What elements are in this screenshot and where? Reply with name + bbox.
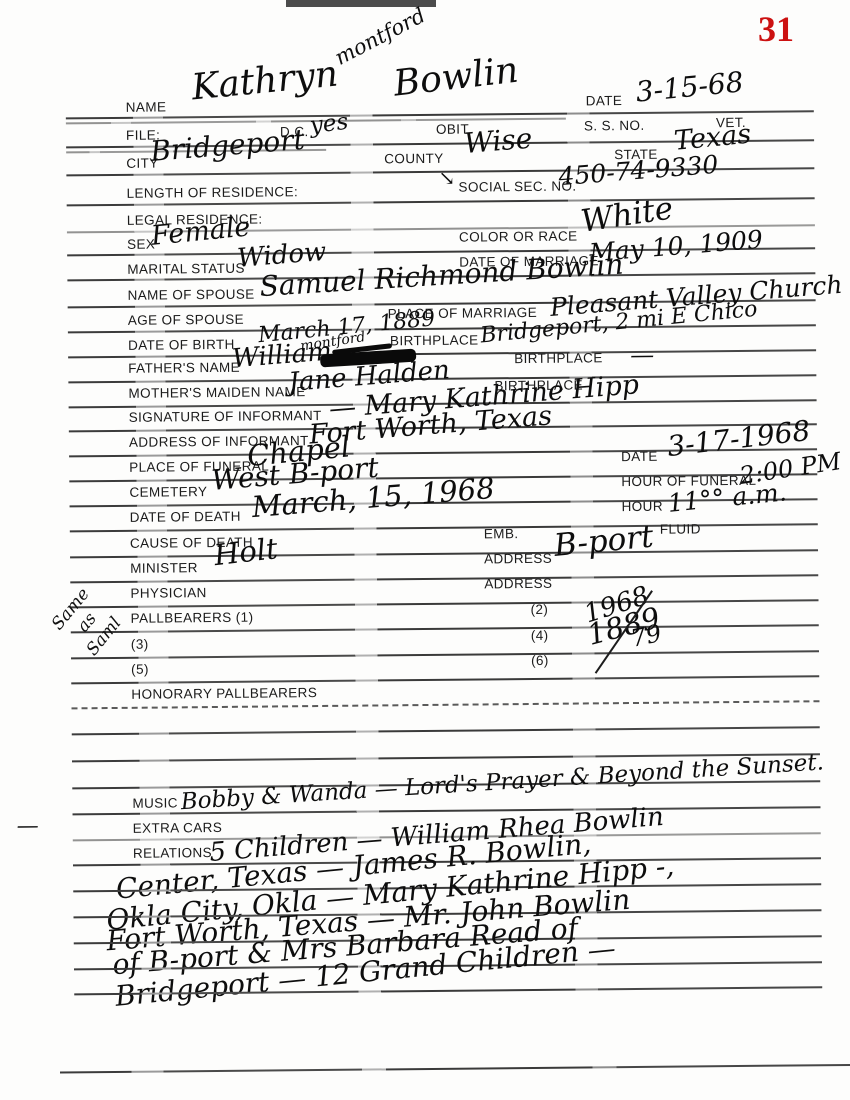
city-value: Bridgeport [149, 126, 305, 166]
honorary-pallbearers-label: HONORARY PALLBEARERS [131, 685, 317, 702]
form-body: NAME Kathryn montford Bowlin DATE 3-15-6… [0, 0, 850, 1100]
rule-line [71, 624, 819, 633]
music-margin-mark: — [17, 816, 39, 838]
arrow-mark: ↘ [438, 168, 455, 188]
scanned-funeral-record: 31 NAME Kathryn montford Bowlin DATE 3-1… [0, 0, 850, 1100]
rule-line [72, 726, 820, 735]
relations-label: RELATIONS [133, 845, 212, 861]
pallbearers-1-label: PALLBEARERS (1) [131, 610, 254, 626]
mothers-maiden-name-label: MOTHER'S MAIDEN NAME [128, 384, 305, 401]
emb-label: EMB. [484, 526, 519, 541]
rule-line [71, 700, 819, 709]
rule-line [71, 675, 819, 684]
minister-value: Holt [213, 534, 280, 570]
rule-line [71, 599, 819, 608]
county-value: Wise [463, 125, 533, 158]
hour-of-death-label: HOUR [622, 499, 664, 514]
county-label: COUNTY [384, 151, 444, 167]
extra-cars-label: EXTRA CARS [133, 820, 223, 836]
funeral-date-label: DATE [621, 449, 658, 464]
sheet-bottom-line [60, 1064, 850, 1074]
pallbearers-4-label: (4) [531, 628, 549, 643]
marital-status-label: MARITAL STATUS [127, 261, 245, 277]
dc-value: yes [309, 111, 350, 138]
physician-address-label: ADDRESS [484, 576, 552, 592]
pallbearers-3-label: (3) [131, 637, 149, 652]
rule-line [70, 574, 818, 583]
name-first-value: Kathryn [190, 57, 340, 107]
date-label: DATE [586, 93, 623, 108]
pallbearers-5-label: (5) [131, 662, 149, 677]
rule-line [70, 523, 818, 532]
physician-label: PHYSICIAN [130, 585, 207, 601]
fathers-name-label: FATHER'S NAME [128, 360, 240, 376]
color-or-race-label: COLOR OR RACE [459, 229, 578, 245]
name-last-value: Bowlin [392, 53, 520, 103]
date-of-death-label: DATE OF DEATH [130, 509, 241, 525]
pallbearers-6-label: (6) [531, 653, 549, 668]
date-value: 3-15-68 [634, 68, 744, 106]
name-of-spouse-label: NAME OF SPOUSE [127, 287, 254, 303]
rule-line [71, 650, 819, 659]
birthplace-label: BIRTHPLACE [514, 350, 603, 366]
pallbearers-2-label: (2) [531, 602, 549, 617]
minister-label: MINISTER [130, 560, 198, 576]
minister-address-value: B-port [553, 522, 655, 562]
date-of-birth-label: DATE OF BIRTH [128, 337, 235, 353]
fluid-label: FLUID [660, 521, 701, 536]
name-insert-value: montford [332, 5, 429, 69]
rule-line [70, 549, 818, 558]
length-of-residence-label: LENGTH OF RESIDENCE: [126, 184, 298, 201]
cemetery-label: CEMETERY [129, 484, 207, 500]
age-of-spouse-label: AGE OF SPOUSE [128, 312, 244, 328]
margin-note: Same as Saml [34, 568, 140, 678]
birthplace-value: — [630, 343, 654, 367]
music-label: MUSIC [132, 795, 178, 810]
signature-of-informant-label: SIGNATURE OF INFORMANT [129, 408, 322, 425]
birthplace-label: BIRTHPLACE [390, 332, 479, 348]
minister-address-label: ADDRESS [484, 551, 552, 567]
name-label: NAME [126, 99, 167, 114]
age-calc-result: 79 [629, 621, 664, 651]
ssno-label: S. S. NO. [584, 118, 645, 134]
social-sec-value: 450-74-9330 [558, 152, 720, 190]
